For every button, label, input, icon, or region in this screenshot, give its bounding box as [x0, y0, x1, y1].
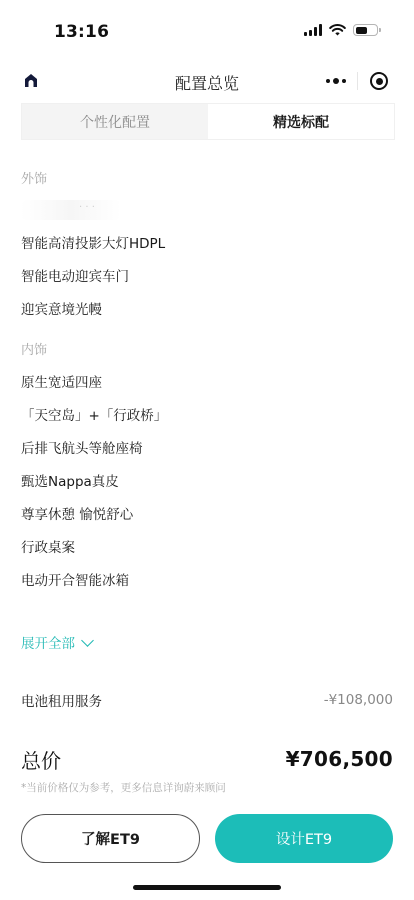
- mini-program-capsule: [314, 65, 400, 97]
- total-value: ¥706,500: [286, 747, 393, 771]
- total-label: 总价: [21, 745, 61, 774]
- section-title-exterior: 外饰: [21, 170, 393, 190]
- list-item: 智能电动迎宾车门: [21, 261, 393, 294]
- status-time: 13:16: [54, 22, 109, 42]
- learn-et9-button[interactable]: 了解ET9: [21, 814, 200, 863]
- list-item: 迎宾意境光幔: [21, 294, 393, 327]
- target-icon[interactable]: [358, 65, 400, 97]
- battery-service-row: 电池租用服务 -¥108,000: [21, 688, 393, 712]
- total-price-row: 总价 ¥706,500: [21, 742, 393, 776]
- status-bar: 13:16: [0, 0, 414, 56]
- tab-standard-features[interactable]: 精选标配: [208, 104, 394, 139]
- price-disclaimer: *当前价格仅为参考，更多信息详询蔚来顾问: [21, 780, 226, 795]
- list-item: 尊享休憩 愉悦舒心: [21, 499, 393, 532]
- wifi-icon: [329, 24, 346, 36]
- signal-icon: [304, 24, 322, 36]
- battery-service-label: 电池租用服务: [21, 690, 102, 710]
- battery-service-value: -¥108,000: [324, 692, 393, 708]
- config-tabs: 个性化配置 精选标配: [21, 103, 395, 140]
- expand-all-link[interactable]: 展开全部: [21, 630, 92, 654]
- status-icons: [304, 24, 378, 36]
- list-item: 「天空岛」+「行政桥」: [21, 400, 393, 433]
- list-item: 电动开合智能冰箱: [21, 565, 393, 598]
- battery-icon: [353, 24, 378, 36]
- chevron-down-icon: [81, 634, 94, 647]
- nav-bar: 配置总览: [0, 60, 414, 102]
- list-item: 甄选Nappa真皮: [21, 466, 393, 499]
- list-item: 智能高清投影大灯HDPL: [21, 228, 393, 261]
- expand-all-label: 展开全部: [21, 632, 75, 652]
- action-buttons: 了解ET9 设计ET9: [21, 814, 393, 863]
- design-et9-button[interactable]: 设计ET9: [215, 814, 393, 863]
- list-item: 原生宽适四座: [21, 367, 393, 400]
- more-icon[interactable]: [314, 65, 357, 97]
- feature-list: 外饰 智能高清投影大灯HDPL 智能电动迎宾车门 迎宾意境光幔 内饰 原生宽适四…: [21, 170, 393, 598]
- blurred-placeholder: [21, 200, 121, 220]
- section-title-interior: 内饰: [21, 341, 393, 361]
- list-item: 行政桌案: [21, 532, 393, 565]
- tab-personalized-config[interactable]: 个性化配置: [22, 104, 208, 139]
- home-indicator[interactable]: [133, 885, 281, 890]
- list-item: 后排飞航头等舱座椅: [21, 433, 393, 466]
